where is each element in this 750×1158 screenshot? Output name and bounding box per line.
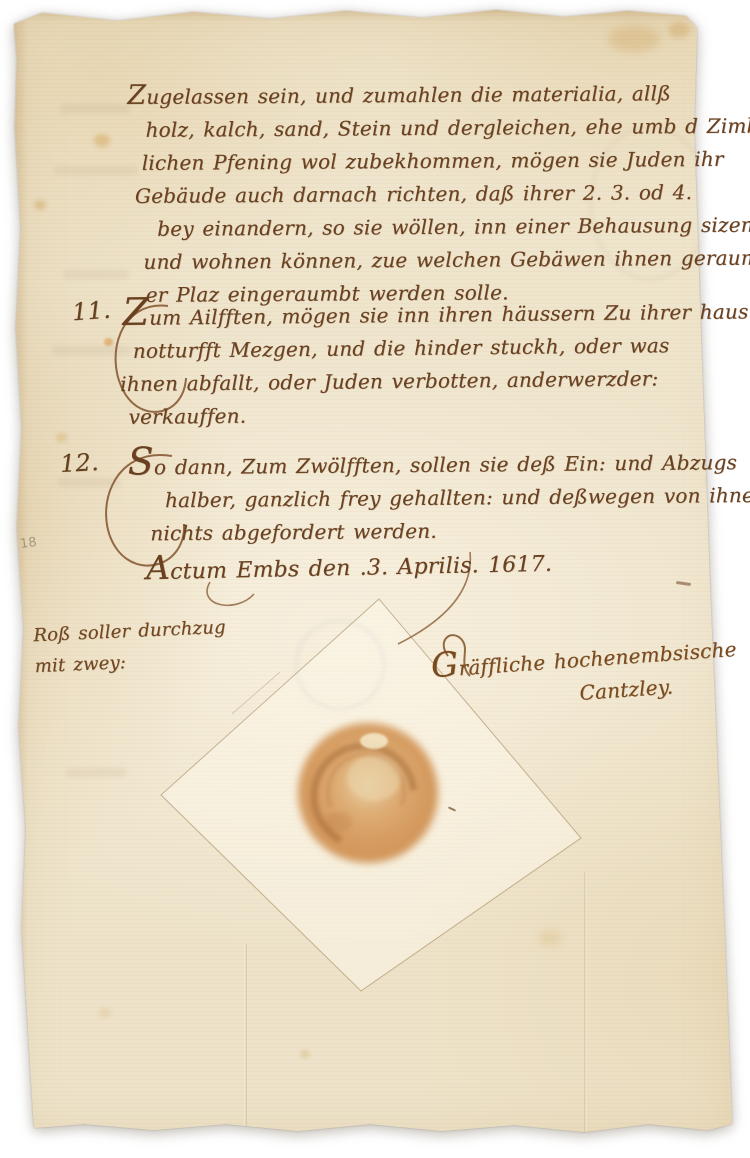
pencil-inventory-mark: 18 (19, 535, 38, 552)
text-line: Zum Ailfften, mögen sie inn ihren häusse… (119, 293, 694, 335)
foxing-stain (608, 26, 660, 52)
foxing-stain (34, 200, 46, 210)
text-line: So dann, Zum Zwölfften, sollen sie deß E… (128, 443, 703, 484)
foxing-stain (538, 930, 562, 946)
foxing-stain (104, 338, 113, 346)
vertical-fold-crease (584, 872, 587, 1144)
text-line: Gebäude auch darnach richten, daß ihrer … (128, 176, 703, 213)
text-line: lichen Pfening wol zubekhommen, mögen si… (128, 143, 703, 180)
text-line: nichts abgefordert werden. (128, 512, 703, 550)
text-line: holz, kalch, sand, Stein und dergleichen… (127, 110, 702, 147)
foxing-stain (300, 1050, 310, 1058)
ink-bleedthrough (66, 768, 126, 777)
text-line: verkauffen. (120, 395, 695, 434)
ink-bleedthrough (54, 166, 138, 175)
ink-bleedthrough (60, 104, 130, 113)
foxing-stain (94, 134, 110, 147)
foxing-stain (56, 433, 67, 442)
text-line: und wohnen können, zue welchen Gebäwen i… (128, 242, 703, 279)
ink-bleedthrough (63, 270, 129, 279)
paragraph-twelve: So dann, Zum Zwölfften, sollen sie deß E… (128, 443, 704, 550)
paragraph-eleven: Zum Ailfften, mögen sie inn ihren häusse… (119, 293, 695, 434)
top-torn-edge-shading (8, 8, 742, 22)
marginal-note: Roß soller durchzug mit zwey: (33, 612, 228, 682)
paragraph-number-11: 11. (71, 296, 112, 327)
left-torn-edge-shading (8, 8, 28, 1144)
ink-bleedthrough (52, 346, 130, 355)
text-line: halber, ganzlich frey gehallten: und deß… (128, 479, 703, 517)
photo-background: Zugelassen sein, und zumahlen die materi… (0, 0, 750, 1158)
vertical-fold-crease (244, 944, 247, 1144)
text-line: Zugelassen sein, und zumahlen die materi… (127, 77, 702, 114)
text-line: ihnen abfallt, oder Juden verbotten, and… (120, 362, 695, 401)
ink-bleedthrough (58, 478, 120, 487)
paragraph-number-12: 12. (59, 448, 99, 478)
foxing-stain (98, 1008, 112, 1018)
foxing-stain (668, 22, 690, 38)
paragraph-ten: Zugelassen sein, und zumahlen die materi… (127, 77, 704, 312)
text-line: bey einandern, so sie wöllen, inn einer … (128, 209, 703, 246)
